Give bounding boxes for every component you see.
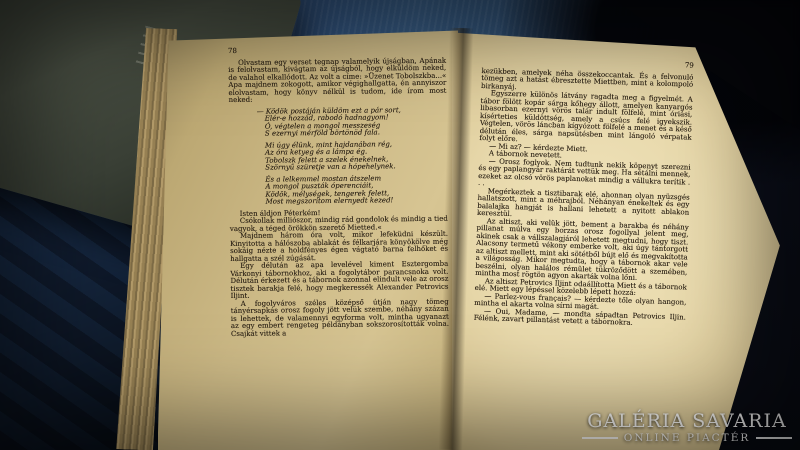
watermark-title: GALÉRIA SAVARIA [582,411,792,431]
verse-line: Szörnyű szüretje van a hópehelynek. [265,163,447,172]
paragraph: Egy délután az apa levelével kiment Eszt… [230,261,448,301]
right-page-text: 79 kezükben, amelyek néha összekoccantak… [474,56,694,329]
verse-stanza: Mi úgy élünk, mint hajdanában rég, Az ór… [265,140,447,172]
book-photo: 78 Olvastam egy verset tegnap valamelyik… [0,0,800,450]
verse-stanza: És a lelkemmel mostan átszelem A mongol … [265,174,447,206]
paragraph: Olvastam egy verset tegnap valamelyik új… [228,57,446,104]
verse-stanza: — Ködök postáján küldöm ezt a pár sort, … [265,106,447,138]
verse-line: S ezernyi mérföld börtönöd fala. [265,129,447,138]
watermark: GALÉRIA SAVARIA ONLINE PIACTÉR [582,411,792,444]
verse-line: Most megszorítom elernyedt kezed! [266,197,448,206]
paragraph: A fogolyváros széles középső útján nagy … [231,298,449,338]
paragraph: Majdnem három óra volt, mikor lefeküdni … [230,231,448,263]
watermark-subtitle: ONLINE PIACTÉR [582,432,792,444]
left-page-text: 78 Olvastam egy verset tegnap valamelyik… [228,46,449,338]
left-page-number: 78 [228,46,446,56]
paragraph: Az altiszt, aki velük jött, bement a bar… [475,217,689,284]
paragraph: Egyszerre különös látvány ragadta meg a … [479,90,693,149]
